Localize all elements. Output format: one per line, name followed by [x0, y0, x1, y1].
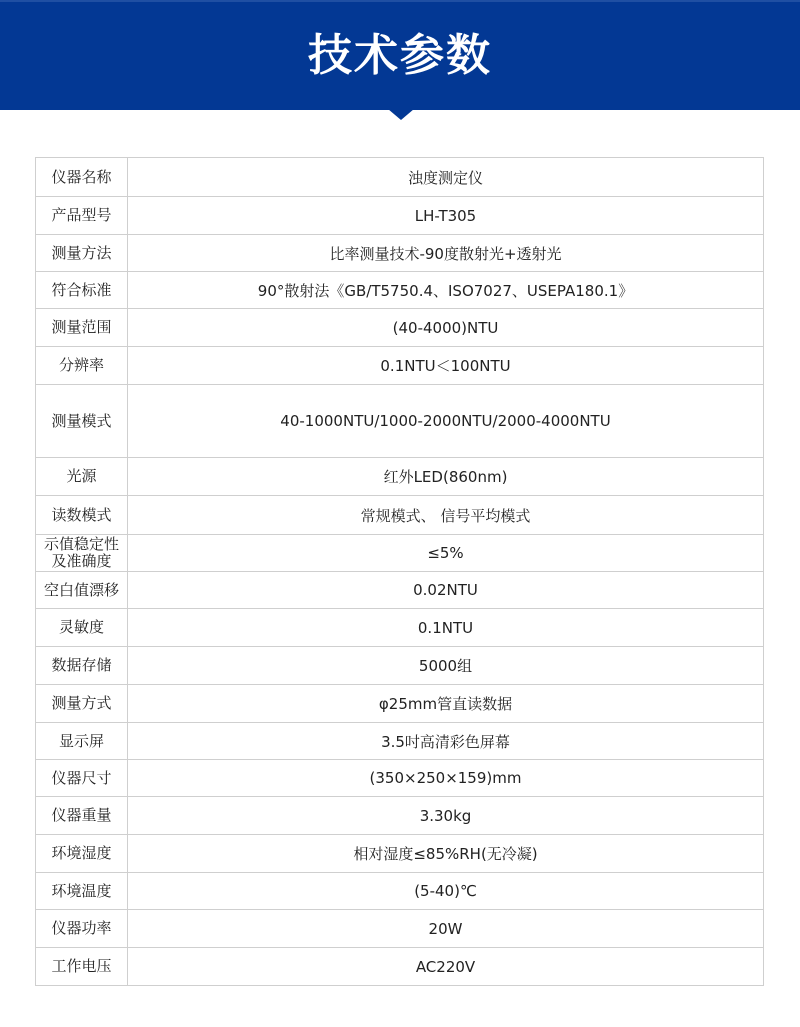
spec-row: 数据存储5000组	[36, 647, 764, 685]
spec-label: 测量模式	[36, 385, 128, 458]
spec-value: LH-T305	[128, 197, 764, 235]
spec-table-body: 仪器名称浊度测定仪产品型号LH-T305测量方法比率测量技术-90度散射光+透射…	[36, 158, 764, 986]
spec-label: 环境湿度	[36, 835, 128, 873]
spec-value: AC220V	[128, 948, 764, 986]
spec-row: 测量方式φ25mm管直读数据	[36, 685, 764, 723]
spec-row: 测量模式40-1000NTU/1000-2000NTU/2000-4000NTU	[36, 385, 764, 458]
spec-row: 测量方法比率测量技术-90度散射光+透射光	[36, 235, 764, 272]
banner-pointer-arrow-icon	[388, 109, 414, 120]
spec-label: 仪器尺寸	[36, 760, 128, 797]
spec-row: 环境湿度相对湿度≤85%RH(无冷凝)	[36, 835, 764, 873]
spec-label: 测量范围	[36, 309, 128, 347]
spec-value: (5-40)℃	[128, 873, 764, 910]
spec-row: 仪器重量3.30kg	[36, 797, 764, 835]
spec-label: 灵敏度	[36, 609, 128, 647]
spec-table: 仪器名称浊度测定仪产品型号LH-T305测量方法比率测量技术-90度散射光+透射…	[35, 157, 764, 986]
spec-label: 仪器功率	[36, 910, 128, 948]
spec-value: ≤5%	[128, 535, 764, 572]
spec-label: 测量方法	[36, 235, 128, 272]
spec-label: 仪器名称	[36, 158, 128, 197]
spec-value: 0.02NTU	[128, 572, 764, 609]
spec-value: 比率测量技术-90度散射光+透射光	[128, 235, 764, 272]
spec-label: 分辨率	[36, 347, 128, 385]
spec-row: 示值稳定性及准确度≤5%	[36, 535, 764, 572]
spec-label: 工作电压	[36, 948, 128, 986]
spec-label: 数据存储	[36, 647, 128, 685]
spec-value: 20W	[128, 910, 764, 948]
spec-row: 环境温度(5-40)℃	[36, 873, 764, 910]
spec-value: (350×250×159)mm	[128, 760, 764, 797]
spec-label: 显示屏	[36, 723, 128, 760]
spec-label-line: 及准确度	[36, 553, 127, 570]
spec-value: 浊度测定仪	[128, 158, 764, 197]
spec-row: 仪器名称浊度测定仪	[36, 158, 764, 197]
spec-value: 相对湿度≤85%RH(无冷凝)	[128, 835, 764, 873]
spec-value: 0.1NTU	[128, 609, 764, 647]
spec-label: 环境温度	[36, 873, 128, 910]
spec-row: 工作电压AC220V	[36, 948, 764, 986]
spec-row: 符合标准90°散射法《GB/T5750.4、ISO7027、USEPA180.1…	[36, 272, 764, 309]
spec-row: 分辨率0.1NTU＜100NTU	[36, 347, 764, 385]
spec-label: 示值稳定性及准确度	[36, 535, 128, 572]
spec-row: 测量范围(40-4000)NTU	[36, 309, 764, 347]
spec-value: 90°散射法《GB/T5750.4、ISO7027、USEPA180.1》	[128, 272, 764, 309]
spec-value: 3.30kg	[128, 797, 764, 835]
spec-row: 光源红外LED(860nm)	[36, 458, 764, 496]
spec-row: 灵敏度0.1NTU	[36, 609, 764, 647]
spec-label: 空白值漂移	[36, 572, 128, 609]
spec-label-line: 示值稳定性	[36, 536, 127, 553]
spec-value: 常规模式、 信号平均模式	[128, 496, 764, 535]
spec-row: 读数模式常规模式、 信号平均模式	[36, 496, 764, 535]
spec-value: (40-4000)NTU	[128, 309, 764, 347]
spec-label: 读数模式	[36, 496, 128, 535]
page-title: 技术参数	[0, 26, 800, 86]
spec-row: 产品型号LH-T305	[36, 197, 764, 235]
spec-label: 光源	[36, 458, 128, 496]
header-banner: 技术参数	[0, 0, 800, 110]
spec-value: 0.1NTU＜100NTU	[128, 347, 764, 385]
spec-row: 仪器尺寸(350×250×159)mm	[36, 760, 764, 797]
spec-value: 40-1000NTU/1000-2000NTU/2000-4000NTU	[128, 385, 764, 458]
spec-label: 仪器重量	[36, 797, 128, 835]
banner-top-line	[0, 0, 800, 2]
spec-label: 测量方式	[36, 685, 128, 723]
spec-label: 产品型号	[36, 197, 128, 235]
spec-row: 空白值漂移0.02NTU	[36, 572, 764, 609]
spec-row: 仪器功率20W	[36, 910, 764, 948]
spec-value: 红外LED(860nm)	[128, 458, 764, 496]
spec-value: φ25mm管直读数据	[128, 685, 764, 723]
spec-value: 5000组	[128, 647, 764, 685]
spec-label: 符合标准	[36, 272, 128, 309]
spec-value: 3.5吋高清彩色屏幕	[128, 723, 764, 760]
spec-row: 显示屏3.5吋高清彩色屏幕	[36, 723, 764, 760]
